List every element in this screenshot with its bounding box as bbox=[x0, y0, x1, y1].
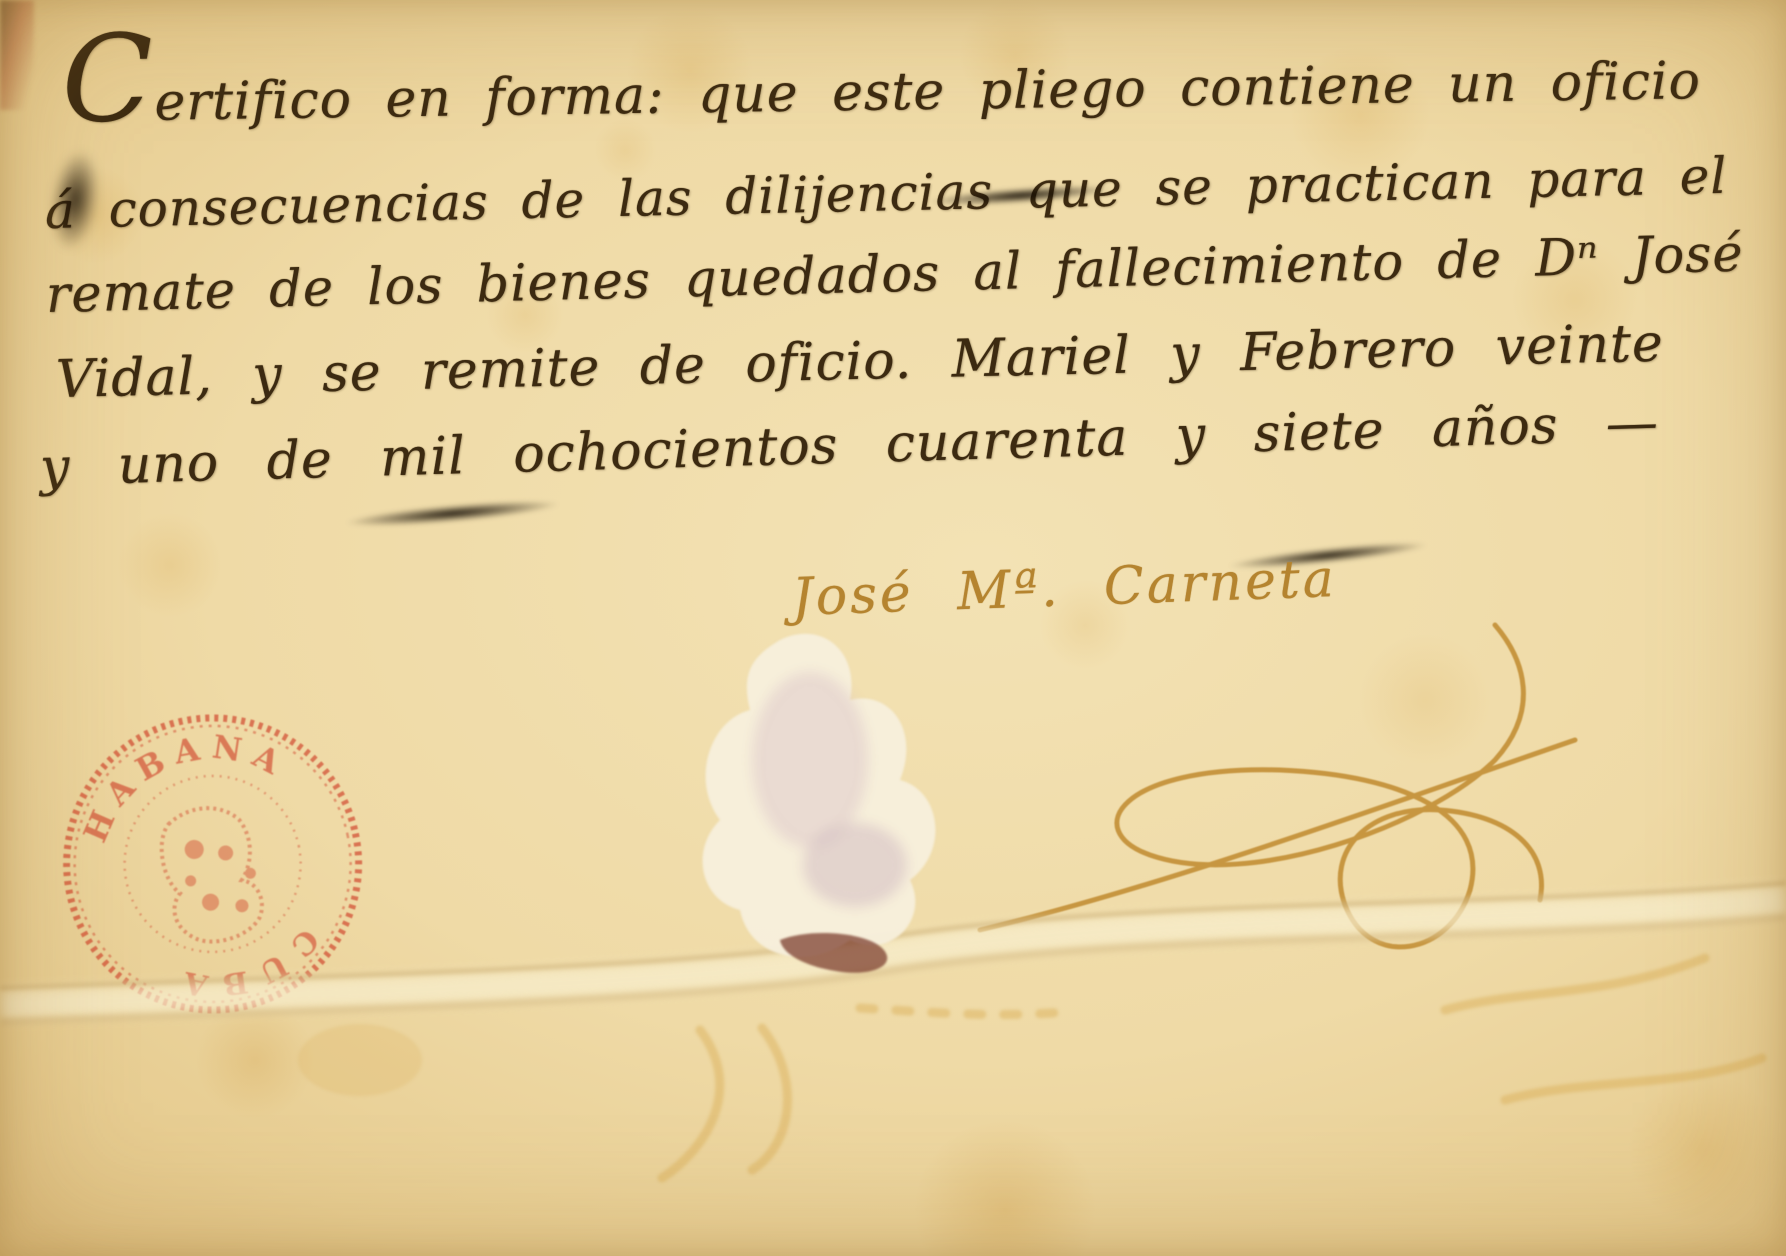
manuscript-line-1: Certifico en forma: que este pliego cont… bbox=[62, 51, 1702, 134]
svg-text:CUBA: CUBA bbox=[160, 917, 333, 1014]
stamp-bottom-text: CUBA bbox=[160, 917, 333, 1014]
scan-edge-artifact bbox=[0, 0, 34, 110]
signature-text: José Mª. Carneta bbox=[791, 549, 1338, 628]
svg-text:HABANA: HABANA bbox=[60, 710, 306, 854]
stamp-top-text: HABANA bbox=[60, 710, 306, 854]
ink-smudge-underline bbox=[345, 496, 561, 532]
stamp-coat-of-arms bbox=[154, 800, 268, 949]
bleed-through-marks bbox=[0, 950, 1786, 1256]
fold-crease bbox=[0, 850, 1786, 1150]
signature-flourish bbox=[950, 600, 1590, 1000]
manuscript-scan: Certifico en forma: que este pliego cont… bbox=[0, 0, 1786, 1256]
manuscript-line-4: Vidal, y se remite de oficio. Mariel y F… bbox=[55, 314, 1664, 410]
manuscript-line-5: y uno de mil ochocientos cuarenta y siet… bbox=[39, 393, 1659, 498]
seal-damage-patch bbox=[660, 610, 990, 1010]
manuscript-line-2: á consecuencias de las dilijencias que s… bbox=[44, 147, 1727, 240]
manuscript-line-3: remate de los bienes quedados al falleci… bbox=[45, 225, 1744, 325]
postal-stamp: HABANA CUBA bbox=[21, 666, 403, 1055]
